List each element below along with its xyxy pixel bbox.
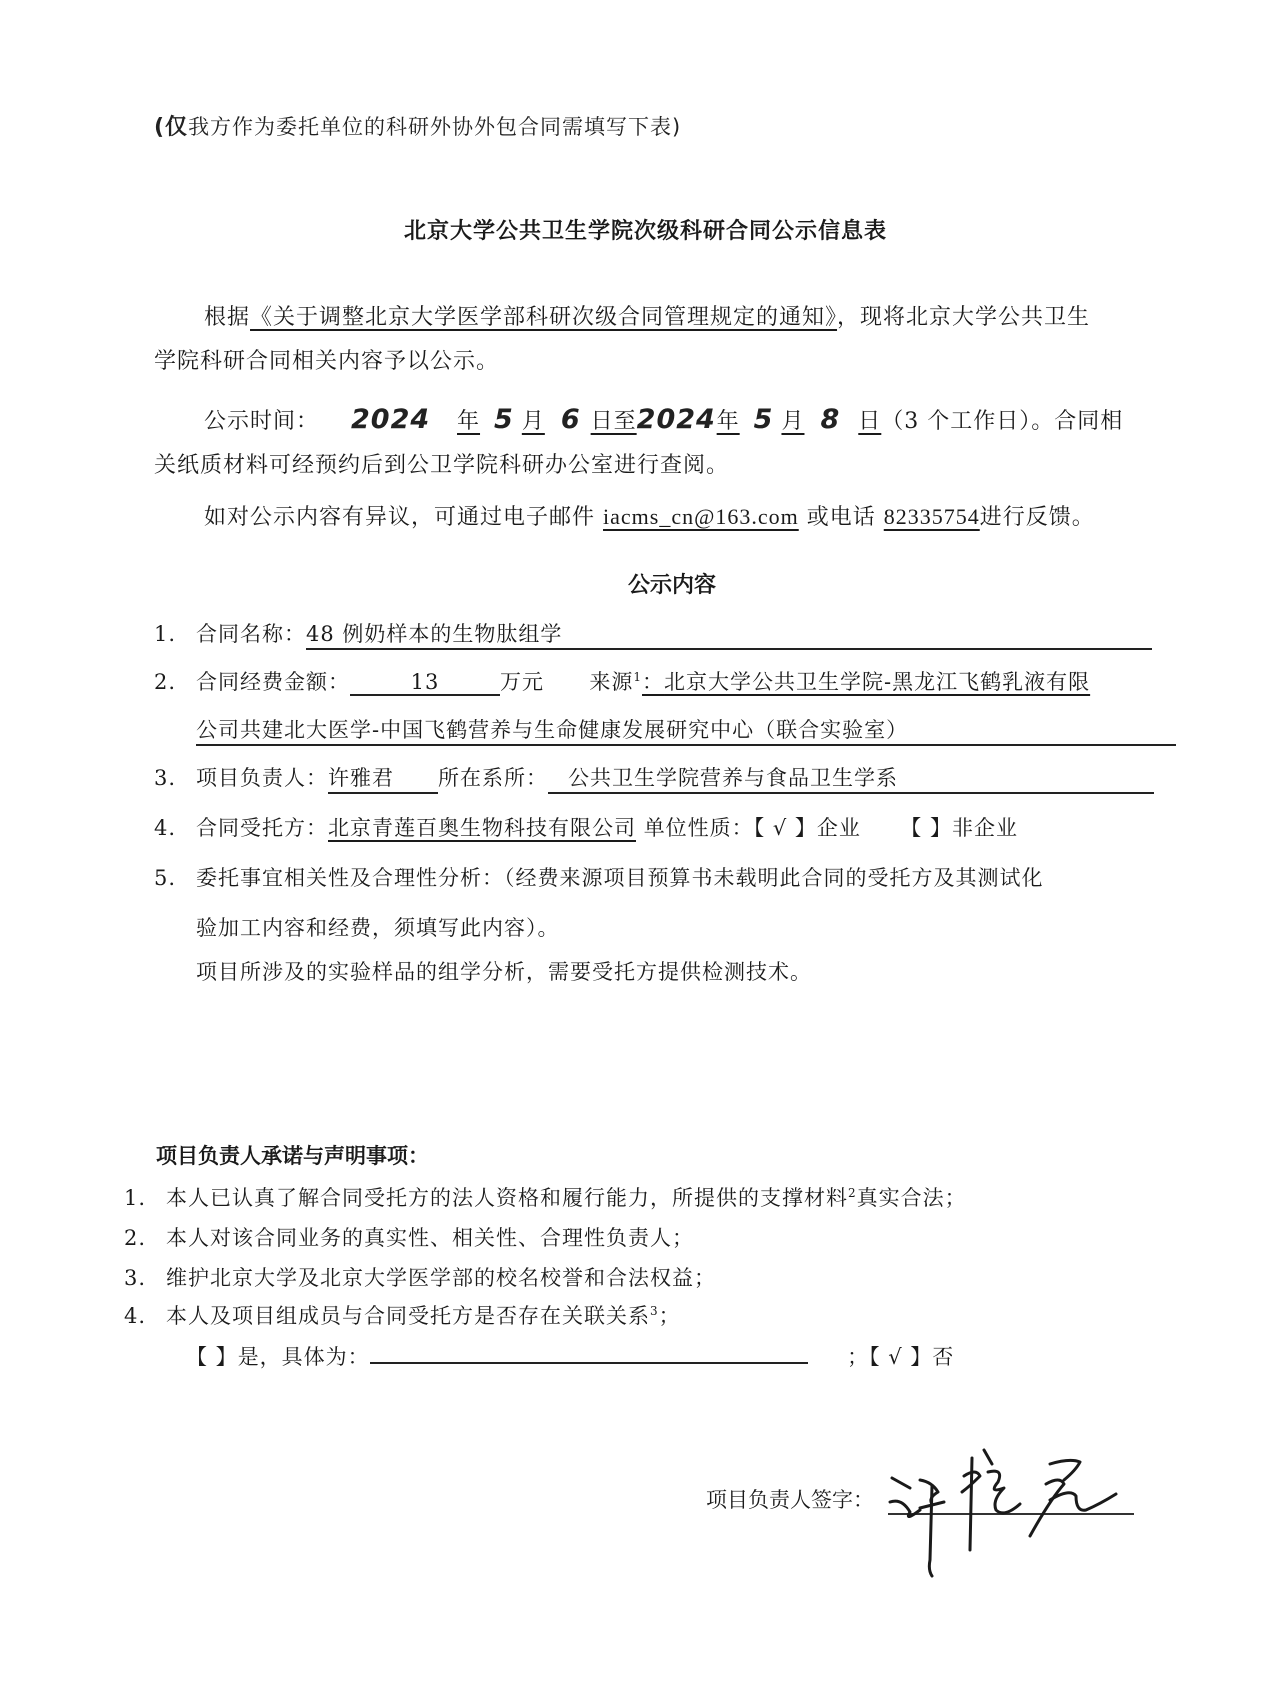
- footnote-1-marker: 1: [633, 670, 642, 684]
- page-title: 北京大学公共卫生学院次级科研合同公示信息表: [404, 214, 887, 245]
- item-number: 1.: [154, 622, 196, 646]
- item-contract-name: 1.合同名称：48 例奶样本的生物肽组学: [154, 618, 1152, 650]
- end-month-handwritten: 5: [754, 404, 774, 435]
- item-pi: 3.项目负责人：许雅君所在系所：公共卫生学院营养与食品卫生学系: [154, 762, 1154, 794]
- footnote-2-marker: 2: [848, 1186, 857, 1200]
- commitment-tail: ；: [659, 1304, 681, 1328]
- colon: ：: [642, 670, 664, 694]
- item-number: 5.: [154, 866, 196, 890]
- item-number: 4.: [154, 816, 196, 840]
- contractor-label: 合同受托方：: [196, 816, 328, 840]
- publicity-period-suffix: （3 个工作日）。合同相: [881, 409, 1123, 434]
- dept-value: 公共卫生学院营养与食品卫生学系: [568, 766, 898, 790]
- month-char-2: 月: [781, 409, 804, 434]
- contractor-name-value: 北京青莲百奥生物科技有限公司: [328, 816, 636, 840]
- intro-line-2: 学院科研合同相关内容予以公示。: [154, 344, 499, 375]
- commitment-item-3: 3.维护北京大学及北京大学医学部的校名校誉和合法权益；: [124, 1262, 716, 1292]
- feedback-email-link[interactable]: iacms_cn@163.com: [603, 504, 799, 529]
- header-note: (仅我方作为委托单位的科研外协外包合同需填写下表): [154, 110, 681, 141]
- contract-name-label: 合同名称：: [196, 622, 306, 646]
- start-day-handwritten: 6: [561, 404, 581, 435]
- feedback-mid: 或电话: [807, 505, 876, 530]
- separator: ；: [847, 1345, 869, 1369]
- pi-name-field: 许雅君: [328, 762, 438, 794]
- feedback-line: 如对公示内容有异议，可通过电子邮件 iacms_cn@163.com 或电话 8…: [204, 500, 1095, 531]
- footnote-3-marker: 3: [650, 1304, 659, 1318]
- handwritten-signature-icon: [880, 1440, 1140, 1580]
- funding-amount-value: 13: [411, 670, 440, 694]
- analysis-label-1: 委托事宜相关性及合理性分析：（经费来源项目预算书未载明此合同的受托方及其测试化: [196, 866, 1044, 890]
- non-enterprise-label: 非企业: [952, 816, 1018, 840]
- funding-source-label: 来源: [589, 670, 633, 694]
- contract-name-field: 48 例奶样本的生物肽组学: [306, 618, 1152, 650]
- relation-no-label: 否: [932, 1345, 954, 1369]
- day-to: 日至: [591, 409, 637, 434]
- funding-unit: 万元: [500, 670, 544, 694]
- relation-detail-field[interactable]: [370, 1340, 808, 1364]
- item-contractor: 4.合同受托方：北京青莲百奥生物科技有限公司 单位性质：【 √ 】企业 【 】非…: [154, 812, 1018, 842]
- year-char: 年: [457, 409, 480, 434]
- relation-no-checkbox[interactable]: 【 √ 】: [869, 1345, 932, 1369]
- publicity-period-label: 公示时间：: [204, 409, 319, 434]
- header-note-bold: (仅: [154, 115, 188, 140]
- end-year-handwritten: 2024: [637, 404, 717, 435]
- notice-title-link: 《关于调整北京大学医学部科研次级合同管理规定的通知》: [250, 305, 837, 330]
- header-note-text: 我方作为委托单位的科研外协外包合同需填写下表): [188, 115, 681, 139]
- commitments-title: 项目负责人承诺与声明事项：: [156, 1140, 429, 1170]
- content-section-title: 公示内容: [628, 568, 716, 599]
- funding-source-line-1: ：北京大学公共卫生学院-黑龙江飞鹤乳液有限: [642, 670, 1090, 694]
- publicity-period-line-2: 关纸质材料可经预约后到公卫学院科研办公室进行查阅。: [154, 448, 729, 479]
- commitment-item-1: 1.本人已认真了解合同受托方的法人资格和履行能力，所提供的支撑材料2真实合法；: [124, 1182, 967, 1212]
- start-year-handwritten: 2024: [351, 404, 443, 435]
- publicity-period-line: 公示时间： 2024年5月6日至2024年5月8日（3 个工作日）。合同相: [204, 404, 1123, 435]
- day-char: 日: [858, 409, 881, 434]
- funding-source-field-2: 公司共建北大医学-中国飞鹤营养与生命健康发展研究中心（联合实验室）: [196, 714, 1176, 746]
- relation-yes-label: 是，具体为：: [238, 1345, 370, 1369]
- contract-name-value: 48 例奶样本的生物肽组学: [306, 622, 562, 646]
- intro-suffix: ，现将北京大学公共卫生: [837, 305, 1090, 330]
- funding-source-value-2: 公司共建北大医学-中国飞鹤营养与生命健康发展研究中心（联合实验室）: [196, 718, 908, 742]
- item-number: 3.: [154, 766, 196, 790]
- feedback-prefix: 如对公示内容有异议，可通过电子邮件: [204, 505, 595, 530]
- funding-amount-field: 13: [350, 670, 500, 696]
- commitment-text: 本人对该合同业务的真实性、相关性、合理性负责人；: [166, 1226, 694, 1250]
- year-char-2: 年: [717, 409, 740, 434]
- intro-line-1: 根据《关于调整北京大学医学部科研次级合同管理规定的通知》，现将北京大学公共卫生: [204, 300, 1090, 331]
- item-number: 1.: [124, 1186, 166, 1210]
- dept-field: 公共卫生学院营养与食品卫生学系: [548, 762, 1154, 794]
- relation-options: 【 】是，具体为： ；【 √ 】否: [186, 1340, 954, 1371]
- commitment-item-4: 4.本人及项目组成员与合同受托方是否存在关联关系3；: [124, 1300, 681, 1330]
- nature-label: 单位性质：: [644, 816, 754, 840]
- item-number: 4.: [124, 1304, 166, 1328]
- funding-label: 合同经费金额：: [196, 670, 350, 694]
- funding-source-value-1: 北京大学公共卫生学院-黑龙江飞鹤乳液有限: [664, 670, 1090, 694]
- pi-name-value: 许雅君: [328, 766, 394, 790]
- dept-label: 所在系所：: [438, 766, 548, 790]
- signature-label: 项目负责人签字：: [706, 1484, 874, 1514]
- intro-prefix: 根据: [204, 305, 250, 330]
- item-number: 2.: [154, 670, 196, 694]
- commitment-text: 本人已认真了解合同受托方的法人资格和履行能力，所提供的支撑材料: [166, 1186, 848, 1210]
- start-month-handwritten: 5: [494, 404, 514, 435]
- commitment-tail: 真实合法；: [857, 1186, 967, 1210]
- pi-label: 项目负责人：: [196, 766, 328, 790]
- publicity-period-fields: 2024年5月6日至2024年5月8日: [351, 409, 881, 434]
- end-day-handwritten: 8: [820, 404, 840, 435]
- item-number: 3.: [124, 1266, 166, 1290]
- item-analysis: 5.委托事宜相关性及合理性分析：（经费来源项目预算书未载明此合同的受托方及其测试…: [154, 862, 1044, 892]
- commitment-text: 本人及项目组成员与合同受托方是否存在关联关系: [166, 1304, 650, 1328]
- non-enterprise-checkbox[interactable]: 【 】: [900, 816, 952, 840]
- item-funding: 2.合同经费金额：13万元 来源1：北京大学公共卫生学院-黑龙江飞鹤乳液有限: [154, 666, 1090, 696]
- funding-source-line-2: 公司共建北大医学-中国飞鹤营养与生命健康发展研究中心（联合实验室）: [196, 714, 1176, 746]
- month-char: 月: [522, 409, 545, 434]
- item-number: 2.: [124, 1226, 166, 1250]
- feedback-suffix: 进行反馈。: [980, 505, 1095, 530]
- enterprise-checkbox[interactable]: 【 √ 】: [754, 816, 817, 840]
- analysis-answer: 项目所涉及的实验样品的组学分析，需要受托方提供检测技术。: [196, 956, 812, 986]
- feedback-phone: 82335754: [884, 504, 980, 529]
- commitment-item-2: 2.本人对该合同业务的真实性、相关性、合理性负责人；: [124, 1222, 694, 1252]
- analysis-label-2: 验加工内容和经费，须填写此内容）。: [196, 912, 560, 942]
- relation-yes-checkbox[interactable]: 【 】: [186, 1345, 238, 1369]
- enterprise-label: 企业: [817, 816, 861, 840]
- commitment-text: 维护北京大学及北京大学医学部的校名校誉和合法权益；: [166, 1266, 716, 1290]
